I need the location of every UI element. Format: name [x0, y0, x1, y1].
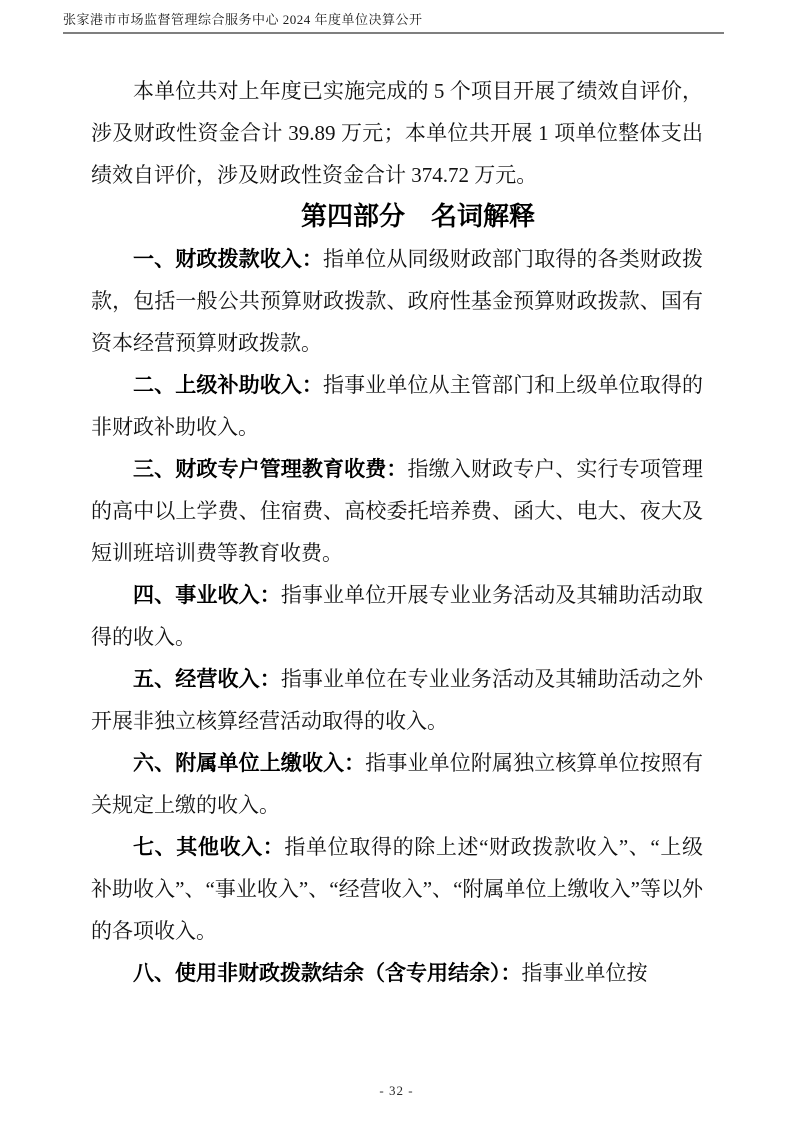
definition-term-7: 七、其他收入：	[133, 835, 284, 859]
definition-item-6: 六、附属单位上缴收入：指事业单位附属独立核算单位按照有关规定上缴的收入。	[91, 742, 703, 826]
definition-item-5: 五、经营收入：指事业单位在专业业务活动及其辅助活动之外开展非独立核算经营活动取得…	[91, 658, 703, 742]
definition-item-1: 一、财政拨款收入：指单位从同级财政部门取得的各类财政拨款，包括一般公共预算财政拨…	[91, 238, 703, 364]
definition-term-8: 八、使用非财政拨款结余（含专用结余）：	[133, 961, 522, 985]
section-title: 第四部分 名词解释	[91, 196, 703, 238]
header-title: 张家港市市场监督管理综合服务中心 2024 年度单位决算公开	[63, 12, 423, 27]
definition-term-1: 一、财政拨款收入：	[133, 247, 323, 271]
definition-text-8: 指事业单位按	[522, 961, 648, 985]
definition-item-2: 二、上级补助收入：指事业单位从主管部门和上级单位取得的非财政补助收入。	[91, 364, 703, 448]
intro-paragraph: 本单位共对上年度已实施完成的 5 个项目开展了绩效自评价，涉及财政性资金合计 3…	[91, 70, 703, 196]
definition-term-4: 四、事业收入：	[133, 583, 281, 607]
definition-term-2: 二、上级补助收入：	[133, 373, 323, 397]
page-number: - 32 -	[379, 1083, 413, 1098]
definition-item-7: 七、其他收入：指单位取得的除上述“财政拨款收入”、“上级补助收入”、“事业收入”…	[91, 826, 703, 952]
definition-item-8: 八、使用非财政拨款结余（含专用结余）：指事业单位按	[91, 952, 703, 994]
definition-item-4: 四、事业收入：指事业单位开展专业业务活动及其辅助活动取得的收入。	[91, 574, 703, 658]
document-body: 本单位共对上年度已实施完成的 5 个项目开展了绩效自评价，涉及财政性资金合计 3…	[91, 70, 703, 994]
definition-term-5: 五、经营收入：	[133, 667, 281, 691]
definition-item-3: 三、财政专户管理教育收费：指缴入财政专户、实行专项管理的高中以上学费、住宿费、高…	[91, 448, 703, 574]
definition-term-3: 三、财政专户管理教育收费：	[133, 457, 408, 481]
page-header: 张家港市市场监督管理综合服务中心 2024 年度单位决算公开	[63, 9, 724, 34]
document-page: 张家港市市场监督管理综合服务中心 2024 年度单位决算公开 本单位共对上年度已…	[0, 0, 793, 1122]
definition-term-6: 六、附属单位上缴收入：	[133, 751, 365, 775]
page-footer: - 32 -	[0, 1082, 793, 1100]
